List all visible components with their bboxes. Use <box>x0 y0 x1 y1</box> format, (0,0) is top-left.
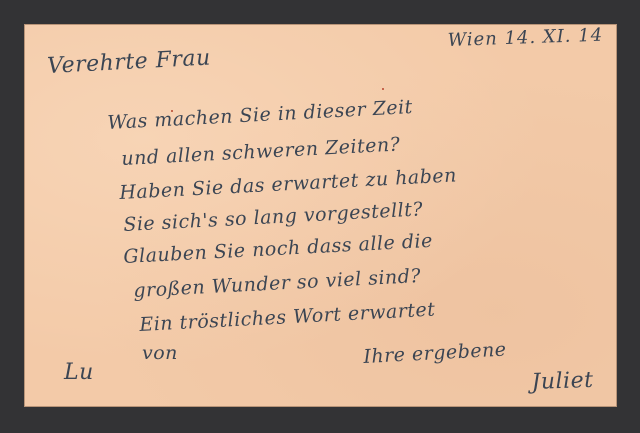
body-line-1: Was machen Sie in dieser Zeit <box>107 96 413 134</box>
ink-spot <box>171 110 173 112</box>
body-line-5: Glauben Sie noch dass alle die <box>123 230 433 268</box>
body-line-2: und allen schweren Zeiten? <box>121 133 401 170</box>
left-mark: Lu <box>64 360 94 385</box>
place-date: Wien 14. XI. 14 <box>447 25 603 51</box>
body-line-3: Haben Sie das erwartet zu haben <box>119 164 457 204</box>
body-line-6: großen Wunder so viel sind? <box>133 265 422 302</box>
postcard: Wien 14. XI. 14 Verehrte Frau Was machen… <box>24 24 617 407</box>
body-line-8: von <box>142 342 178 364</box>
ink-spot <box>382 88 384 90</box>
salutation: Verehrte Frau <box>47 45 212 79</box>
body-line-4: Sie sich's so lang vorgestellt? <box>123 198 424 236</box>
signature: Juliet <box>531 368 594 395</box>
closing-line: Ihre ergebene <box>363 339 507 368</box>
body-line-7: Ein tröstliches Wort erwartet <box>139 299 436 336</box>
